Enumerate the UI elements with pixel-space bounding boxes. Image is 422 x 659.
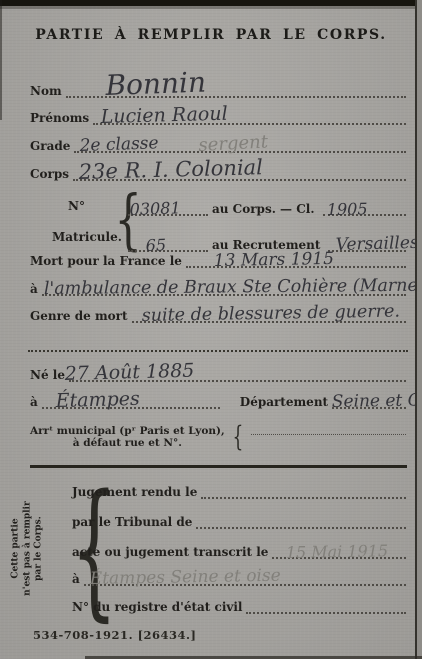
matricule-row-corps: 03081 au Corps. — Cl. 1905	[128, 190, 406, 216]
jugement-transcrit-label: acte ou jugement transcrit le	[72, 545, 268, 559]
arrondissement-brace: {	[232, 423, 243, 451]
genre-mort-line: suite de blessures de guerre.	[132, 305, 406, 323]
field-jugement-transcrit: acte ou jugement transcrit le 15 Mai 191…	[72, 541, 406, 559]
departement-value: Seine et Oise	[332, 392, 422, 411]
arrondissement-label-line2: à défaut rue et N°.	[30, 437, 225, 449]
prenoms-label: Prénoms	[30, 111, 89, 125]
mort-lieu-line: l'ambulance de Braux Ste Cohière (Marne)	[42, 278, 406, 296]
matricule-label-bottom: Matricule.	[52, 230, 112, 244]
jugement-tribunal-line	[196, 511, 406, 529]
field-naissance-date: Né le 27 Août 1885	[30, 364, 406, 382]
field-grade: Grade 2e classe sergent	[30, 135, 406, 153]
field-jugement-lieu: à Étampes Seine et oise	[72, 568, 406, 586]
mort-date-value: 13 Mars 1915	[214, 251, 334, 270]
field-mort-date: Mort pour la France le 13 Mars 1915	[30, 250, 406, 268]
naissance-lieu-value: Étampes	[55, 390, 139, 411]
grade-line: 2e classe sergent	[74, 135, 406, 153]
scan-edge-right	[417, 0, 422, 659]
scanned-form-page: PARTIE À REMPLIR PAR LE CORPS. Nom Bonni…	[0, 0, 422, 659]
marginal-note-line2: n'est pas à remplir	[22, 484, 34, 614]
genre-mort-label: Genre de mort	[30, 309, 128, 323]
nom-value: Bonnin	[105, 69, 206, 100]
corps-value: 23e R. I. Colonial	[78, 157, 263, 183]
jugement-rendu-line	[201, 481, 406, 499]
field-arrondissement: Arrᵗ municipal (pʳ Paris et Lyon), à déf…	[30, 422, 406, 452]
prenoms-line: Lucien Raoul	[93, 107, 406, 125]
scan-edge-top-shadow	[0, 6, 422, 9]
mort-date-line: 13 Mars 1915	[186, 250, 406, 268]
classe-value: 1905	[326, 201, 367, 218]
jugement-rendu-label: Jugement rendu le	[72, 485, 197, 499]
field-prenoms: Prénoms Lucien Raoul	[30, 107, 406, 125]
field-mort-lieu: à l'ambulance de Braux Ste Cohière (Marn…	[30, 278, 406, 296]
scan-edge-left	[0, 0, 2, 120]
jugement-transcrit-line: 15 Mai 1915	[272, 541, 406, 559]
corps-label: Corps	[30, 167, 69, 181]
naissance-date-line: 27 Août 1885	[69, 364, 406, 382]
matricule-row-recrutement: 65 au Recrutement Versailles	[128, 226, 406, 252]
arrondissement-line	[251, 424, 407, 435]
jugement-lieu-line: Étampes Seine et oise	[84, 568, 406, 586]
matricule-brace: {	[114, 188, 125, 253]
departement-label: Département	[240, 395, 328, 409]
jugement-lieu-label: à	[72, 572, 80, 586]
classe-line: 1905	[323, 198, 406, 216]
arrondissement-label-line1: Arrᵗ municipal (pʳ Paris et Lyon),	[30, 425, 225, 437]
matricule-rows: 03081 au Corps. — Cl. 1905 65 au Recrute…	[128, 190, 406, 252]
marginal-note-line1: Cette partie	[10, 484, 22, 614]
jugement-lieu-value: Étampes Seine et oise	[89, 568, 280, 588]
mort-lieu-label: à	[30, 282, 38, 296]
print-imprint: 534-708-1921. [26434.]	[33, 628, 196, 642]
jugement-tribunal-label: par le Tribunal de	[72, 515, 192, 529]
grade-value-ink: 2e classe	[80, 135, 159, 155]
corps-line: 23e R. I. Colonial	[73, 163, 406, 181]
field-jugement-tribunal: par le Tribunal de	[72, 511, 406, 529]
field-registre: N° du registre d'état civil	[72, 596, 406, 614]
field-jugement-rendu: Jugement rendu le	[72, 481, 406, 499]
marginal-note: Cette partie n'est pas à remplir par le …	[10, 484, 45, 614]
field-naissance-lieu: à Étampes Département Seine et Oise	[30, 391, 406, 409]
matricule-labels: N° Matricule.	[52, 190, 112, 252]
mort-date-label: Mort pour la France le	[30, 254, 182, 268]
matricule-corps-line: 03081	[128, 198, 208, 216]
departement-line: Seine et Oise	[332, 391, 406, 409]
jugement-transcrit-value: 15 Mai 1915	[286, 543, 389, 561]
matricule-label-top: N°	[68, 199, 112, 213]
grade-label: Grade	[30, 139, 70, 153]
grade-value-pencil: sergent	[198, 133, 268, 155]
field-nom: Nom Bonnin	[30, 80, 406, 98]
genre-mort-value: suite de blessures de guerre.	[141, 303, 399, 325]
arrondissement-labels: Arrᵗ municipal (pʳ Paris et Lyon), à déf…	[30, 425, 225, 449]
nom-line: Bonnin	[66, 80, 406, 98]
registre-label: N° du registre d'état civil	[72, 600, 242, 614]
au-corps-label: au Corps. — Cl.	[212, 202, 315, 216]
naissance-date-value: 27 Août 1885	[64, 362, 194, 384]
form-title: PARTIE À REMPLIR PAR LE CORPS.	[30, 27, 392, 43]
nom-label: Nom	[30, 84, 62, 98]
naissance-date-label: Né le	[30, 368, 65, 382]
section-divider-dotted	[28, 350, 408, 352]
field-matricule: N° Matricule. { 03081 au Corps. — Cl. 19…	[52, 190, 406, 252]
field-corps: Corps 23e R. I. Colonial	[30, 163, 406, 181]
mort-lieu-value: l'ambulance de Braux Ste Cohière (Marne)	[44, 277, 422, 298]
prenoms-value: Lucien Raoul	[101, 105, 228, 127]
naissance-lieu-label: à	[30, 395, 38, 409]
registre-line	[246, 596, 406, 614]
naissance-lieu-line: Étampes	[42, 391, 220, 409]
marginal-note-line3: par le Corps.	[34, 484, 46, 614]
matricule-corps-number: 03081	[129, 200, 180, 218]
field-genre-mort: Genre de mort suite de blessures de guer…	[30, 305, 406, 323]
